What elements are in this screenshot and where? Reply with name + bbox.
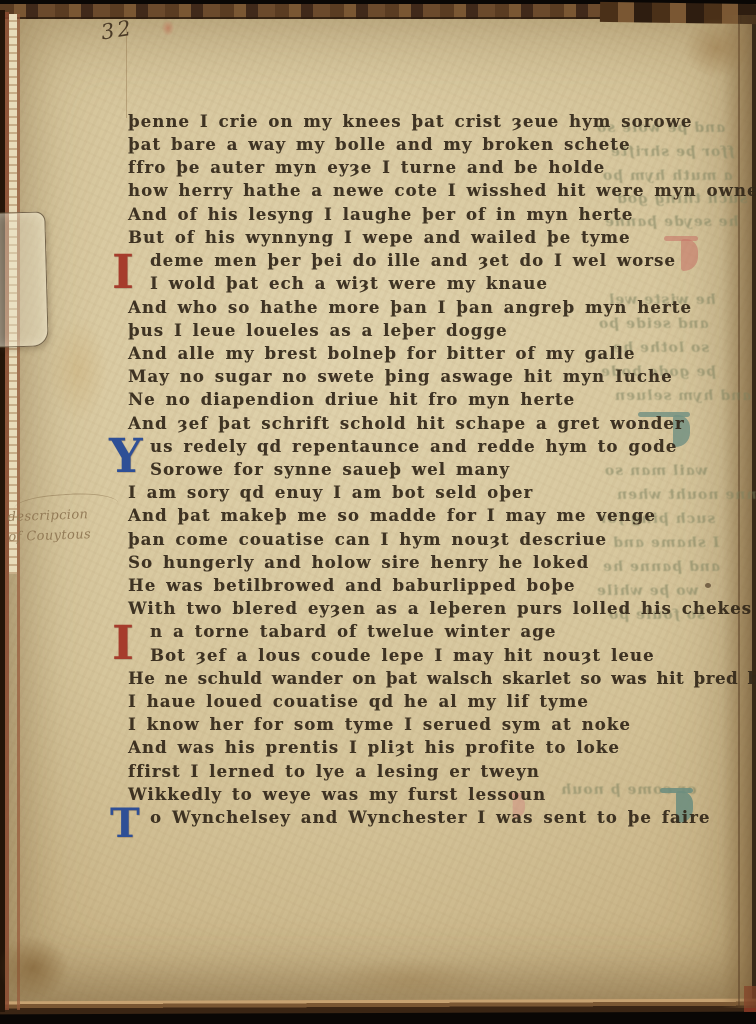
manuscript-line: He was betilbrowed and baburlipped boþe — [128, 576, 575, 596]
decorated-initial: Y — [109, 433, 143, 480]
manuscript-line: Wikkedly to weye was my furst lessoun — [128, 785, 546, 805]
manuscript-line: I wold þat ech a wiȝt were my knaue — [150, 274, 548, 294]
decorated-initial: T — [110, 804, 140, 844]
manuscript-photo: 32 descripcion of Couytous and þe wole s… — [0, 0, 756, 1024]
manuscript-line: ffro þe auter myn eyȝe I turne and be ho… — [128, 158, 605, 178]
margin-note: descripcion of Couytous — [7, 504, 124, 548]
manuscript-line: And ȝef þat schrift schold hit schape a … — [128, 414, 685, 434]
bookmark-tab — [0, 211, 49, 347]
manuscript-line: Ne no diapendion driue hit fro myn herte — [128, 390, 575, 410]
margin-note-line: of Couytous — [8, 524, 125, 548]
manuscript-line: þat bare a way my bolle and my broken sc… — [128, 135, 631, 155]
book-bottom-edge — [0, 999, 756, 1015]
page-crease-line — [738, 15, 740, 1008]
showthrough-text: and þanne he — [601, 559, 721, 575]
manuscript-line: And of his lesyng I laughe þer of in myn… — [128, 205, 633, 225]
folio-number: 32 — [99, 16, 135, 45]
manuscript-line: And þat makeþ me so madde for I may me v… — [128, 506, 656, 526]
manuscript-line: He ne schuld wander on þat walsch skarle… — [128, 669, 756, 689]
manuscript-line: us redely qd repentaunce and redde hym t… — [150, 437, 677, 457]
manuscript-line: May no sugar no swete þing aswage hit my… — [128, 367, 673, 387]
manuscript-line: And who so hathe more þan I þan angreþ m… — [128, 298, 692, 318]
manuscript-line: Bot ȝef a lous coude lepe I may hit nouȝ… — [150, 646, 655, 666]
manuscript-line: With two blered eyȝen as a leþeren purs … — [128, 599, 752, 619]
manuscript-line: how herry hathe a newe cote I wisshed hi… — [128, 181, 756, 201]
showthrough-text: and hym seluen — [613, 388, 752, 404]
manuscript-line: ffirst I lerned to lye a lesing er tweyn — [128, 762, 540, 782]
manuscript-line: n a torne tabard of twelue winter age — [150, 622, 556, 642]
manuscript-line: And alle my brest bolneþ for bitter of m… — [128, 344, 635, 364]
manuscript-line: I am sory qd enuy I am bot seld oþer — [128, 483, 533, 503]
manuscript-line: þan come couatise can I hym nouȝt descri… — [128, 530, 607, 550]
manuscript-line: And was his prentis I pliȝt his profite … — [128, 738, 620, 758]
manuscript-line: o Wynchelsey and Wynchester I was sent t… — [150, 808, 710, 828]
showthrough-text: I shame and — [611, 535, 720, 551]
manuscript-line: I know her for som tyme I serued sym at … — [128, 715, 631, 735]
decorated-initial: I — [112, 620, 134, 667]
manuscript-line: I haue loued couatise qd he al my lif ty… — [128, 692, 589, 712]
red-ink-smudge — [160, 18, 176, 38]
manuscript-line: So hungerly and holow sire henry he loke… — [128, 553, 589, 573]
showthrough-text: and seide þo — [597, 316, 709, 332]
showthrough-text: wo þe while — [595, 583, 699, 599]
manuscript-line: þus I leue loueles as a leþer dogge — [128, 321, 508, 341]
showthrough-text: synne nouht when — [615, 487, 756, 503]
manuscript-line: deme men þer þei do ille and ȝet do I we… — [150, 251, 676, 271]
manuscript-line: Sorowe for synne saueþ wel many — [150, 460, 510, 480]
showthrough-text: wail man so — [603, 463, 708, 479]
decorated-initial: I — [112, 249, 134, 296]
manuscript-line: þenne I crie on my knees þat crist ȝeue … — [128, 112, 692, 132]
manuscript-line: But of his wynnyng I wepe and wailed þe … — [128, 228, 631, 248]
